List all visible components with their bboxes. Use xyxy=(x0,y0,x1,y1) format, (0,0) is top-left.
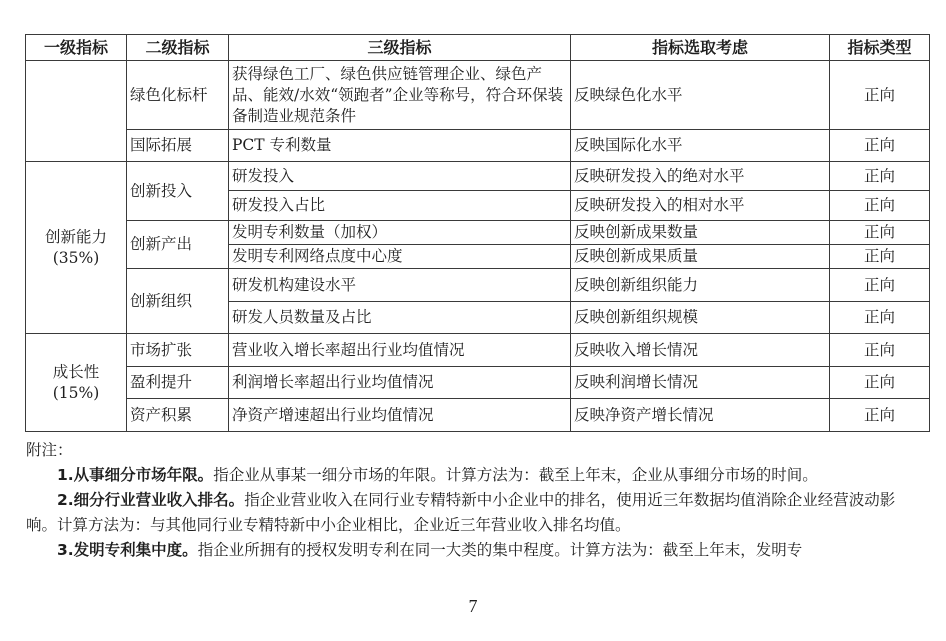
note-term: 1.从事细分市场年限。 xyxy=(57,466,213,484)
level2-cell: 盈利提升 xyxy=(127,367,229,399)
level3-cell: 发明专利数量（加权） xyxy=(229,221,571,245)
level1-cell: 创新能力 (35%) xyxy=(26,162,127,334)
type-cell: 正向 xyxy=(830,61,930,130)
level2-cell: 资产积累 xyxy=(127,399,229,432)
note-item: 1.从事细分市场年限。指企业从事某一细分市场的年限。计算方法为：截至上年末，企业… xyxy=(26,463,926,488)
type-cell: 正向 xyxy=(830,162,930,191)
level1-cell xyxy=(26,61,127,162)
level2-cell: 创新投入 xyxy=(127,162,229,221)
table-row: 资产积累 净资产增速超出行业均值情况 反映净资产增长情况 正向 xyxy=(26,399,930,432)
level2-cell: 市场扩张 xyxy=(127,334,229,367)
note-text: 指企业所拥有的授权发明专利在同一大类的集中程度。计算方法为：截至上年末，发明专 xyxy=(198,541,803,559)
level2-cell: 绿色化标杆 xyxy=(127,61,229,130)
level3-cell: 获得绿色工厂、绿色供应链管理企业、绿色产品、能效/水效“领跑者”企业等称号，符合… xyxy=(229,61,571,130)
reason-cell: 反映创新组织能力 xyxy=(571,269,830,302)
indicator-table: 一级指标 二级指标 三级指标 指标选取考虑 指标类型 绿色化标杆 获得绿色工厂、… xyxy=(25,34,930,432)
reason-cell: 反映收入增长情况 xyxy=(571,334,830,367)
level1-weight: (35%) xyxy=(29,248,123,269)
type-cell: 正向 xyxy=(830,245,930,269)
note-term: 2.细分行业营业收入排名。 xyxy=(57,491,244,509)
level3-cell: 研发人员数量及占比 xyxy=(229,302,571,334)
header-type: 指标类型 xyxy=(830,35,930,61)
table-row: 创新组织 研发机构建设水平 反映创新组织能力 正向 xyxy=(26,269,930,302)
level2-cell: 创新组织 xyxy=(127,269,229,334)
level1-weight: (15%) xyxy=(29,383,123,404)
reason-cell: 反映国际化水平 xyxy=(571,130,830,162)
level1-cell: 成长性 (15%) xyxy=(26,334,127,432)
level3-cell: 净资产增速超出行业均值情况 xyxy=(229,399,571,432)
page-number: 7 xyxy=(0,596,946,617)
header-level2: 二级指标 xyxy=(127,35,229,61)
reason-cell: 反映创新成果质量 xyxy=(571,245,830,269)
type-cell: 正向 xyxy=(830,269,930,302)
type-cell: 正向 xyxy=(830,191,930,221)
reason-cell: 反映创新成果数量 xyxy=(571,221,830,245)
level3-cell: 利润增长率超出行业均值情况 xyxy=(229,367,571,399)
type-cell: 正向 xyxy=(830,367,930,399)
notes-title: 附注： xyxy=(26,438,926,463)
header-level1: 一级指标 xyxy=(26,35,127,61)
note-item: 2.细分行业营业收入排名。指企业营业收入在同行业专精特新中小企业中的排名，使用近… xyxy=(26,488,926,538)
type-cell: 正向 xyxy=(830,302,930,334)
level3-cell: 营业收入增长率超出行业均值情况 xyxy=(229,334,571,367)
reason-cell: 反映净资产增长情况 xyxy=(571,399,830,432)
note-item: 3.发明专利集中度。指企业所拥有的授权发明专利在同一大类的集中程度。计算方法为：… xyxy=(26,538,926,563)
table-header-row: 一级指标 二级指标 三级指标 指标选取考虑 指标类型 xyxy=(26,35,930,61)
table-row: 国际拓展 PCT 专利数量 反映国际化水平 正向 xyxy=(26,130,930,162)
level2-cell: 创新产出 xyxy=(127,221,229,269)
table-row: 创新产出 发明专利数量（加权） 反映创新成果数量 正向 xyxy=(26,221,930,245)
level3-cell: 研发投入 xyxy=(229,162,571,191)
reason-cell: 反映创新组织规模 xyxy=(571,302,830,334)
header-reason: 指标选取考虑 xyxy=(571,35,830,61)
level3-cell: 研发投入占比 xyxy=(229,191,571,221)
table-row: 创新能力 (35%) 创新投入 研发投入 反映研发投入的绝对水平 正向 xyxy=(26,162,930,191)
level1-label: 成长性 xyxy=(29,362,123,383)
table-row: 绿色化标杆 获得绿色工厂、绿色供应链管理企业、绿色产品、能效/水效“领跑者”企业… xyxy=(26,61,930,130)
notes-section: 附注： 1.从事细分市场年限。指企业从事某一细分市场的年限。计算方法为：截至上年… xyxy=(26,438,926,563)
table-row: 盈利提升 利润增长率超出行业均值情况 反映利润增长情况 正向 xyxy=(26,367,930,399)
level1-label: 创新能力 xyxy=(29,227,123,248)
type-cell: 正向 xyxy=(830,334,930,367)
reason-cell: 反映利润增长情况 xyxy=(571,367,830,399)
type-cell: 正向 xyxy=(830,399,930,432)
reason-cell: 反映研发投入的相对水平 xyxy=(571,191,830,221)
note-term: 3.发明专利集中度。 xyxy=(57,541,198,559)
level3-cell: 发明专利网络点度中心度 xyxy=(229,245,571,269)
level2-cell: 国际拓展 xyxy=(127,130,229,162)
table-row: 成长性 (15%) 市场扩张 营业收入增长率超出行业均值情况 反映收入增长情况 … xyxy=(26,334,930,367)
reason-cell: 反映研发投入的绝对水平 xyxy=(571,162,830,191)
level3-cell: 研发机构建设水平 xyxy=(229,269,571,302)
header-level3: 三级指标 xyxy=(229,35,571,61)
type-cell: 正向 xyxy=(830,221,930,245)
note-text: 指企业从事某一细分市场的年限。计算方法为：截至上年末，企业从事细分市场的时间。 xyxy=(213,466,818,484)
type-cell: 正向 xyxy=(830,130,930,162)
level3-cell: PCT 专利数量 xyxy=(229,130,571,162)
reason-cell: 反映绿色化水平 xyxy=(571,61,830,130)
